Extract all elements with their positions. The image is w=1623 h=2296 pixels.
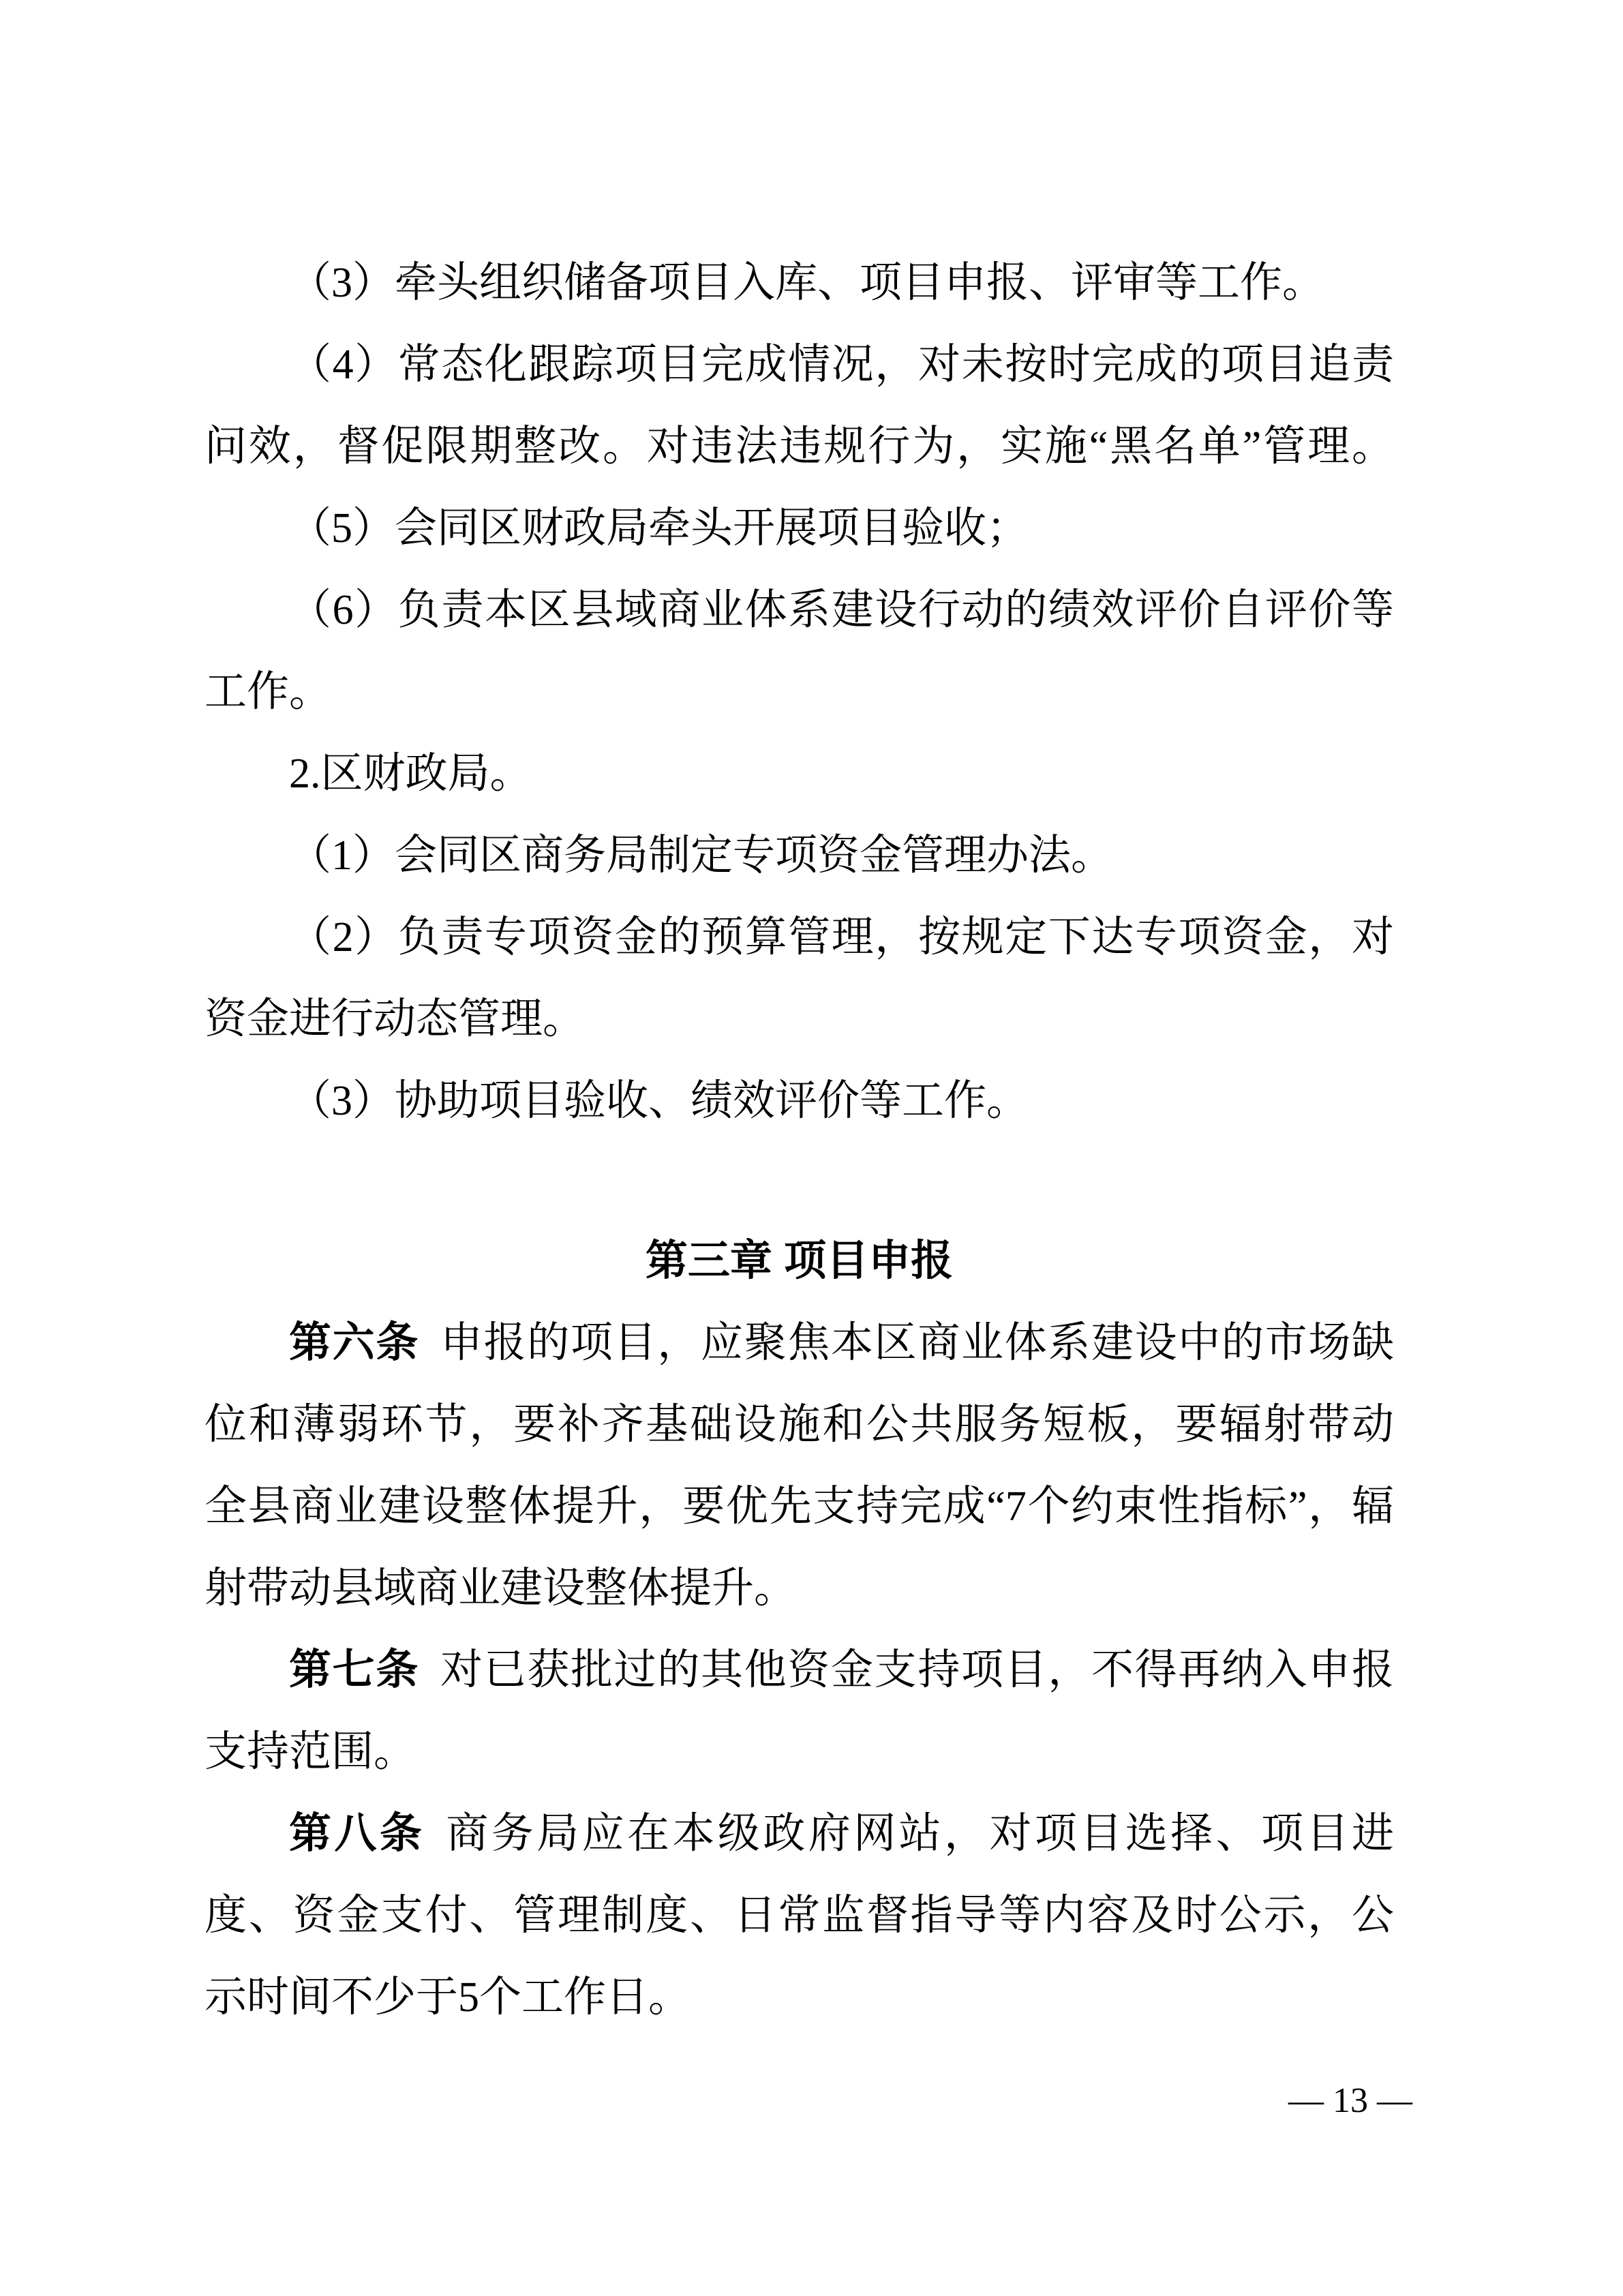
- text-line: （4）常态化跟踪项目完成情况，对未按时完成的项目追责: [204, 324, 1394, 406]
- text-line: （6）负责本区县域商业体系建设行动的绩效评价自评价等: [204, 569, 1394, 651]
- line-text: （1）会同区商务局制定专项资金管理办法。: [289, 832, 1113, 879]
- text-line: 第八条商务局应在本级政府网站，对项目选择、项目进: [204, 1793, 1394, 1875]
- text-line: 射带动县域商业建设整体提升。: [204, 1547, 1394, 1629]
- text-line: （1）会同区商务局制定专项资金管理办法。: [204, 815, 1394, 896]
- chapter-heading: 第三章 项目申报: [204, 1220, 1394, 1302]
- article-number: 第六条: [289, 1320, 419, 1366]
- text-line: 第七条对已获批过的其他资金支持项目，不得再纳入申报: [204, 1629, 1394, 1711]
- text-line: 度、资金支付、管理制度、日常监督指导等内容及时公示，公: [204, 1875, 1394, 1957]
- text-line: （3）协助项目验收、绩效评价等工作。: [204, 1060, 1394, 1142]
- line-text: 射带动县域商业建设整体提升。: [204, 1565, 796, 1612]
- line-text: （2）负责专项资金的预算管理，按规定下达专项资金，对: [289, 914, 1394, 961]
- text-line: 工作。: [204, 651, 1394, 733]
- text-line: 支持范围。: [204, 1711, 1394, 1793]
- line-text: 位和薄弱环节，要补齐基础设施和公共服务短板，要辐射带动: [204, 1402, 1394, 1448]
- document-page: { "page": { "background": "#ffffff", "te…: [0, 0, 1623, 2296]
- text-line: 资金进行动态管理。: [204, 978, 1394, 1060]
- text-line: （2）负责专项资金的预算管理，按规定下达专项资金，对: [204, 896, 1394, 978]
- line-text: 资金进行动态管理。: [204, 996, 585, 1042]
- line-text: （3）牵头组织储备项目入库、项目申报、评审等工作。: [289, 260, 1324, 306]
- line-text: （4）常态化跟踪项目完成情况，对未按时完成的项目追责: [289, 342, 1394, 388]
- article-number: 第七条: [289, 1647, 419, 1693]
- text-line: 2.区财政局。: [204, 733, 1394, 815]
- text-line: 问效，督促限期整改。对违法违规行为，实施“黑名单”管理。: [204, 406, 1394, 487]
- text-line: 位和薄弱环节，要补齐基础设施和公共服务短板，要辐射带动: [204, 1384, 1394, 1466]
- document-body: （3）牵头组织储备项目入库、项目申报、评审等工作。 （4）常态化跟踪项目完成情况…: [204, 242, 1394, 2038]
- line-text: 对已获批过的其他资金支持项目，不得再纳入申报: [440, 1647, 1394, 1693]
- line-text: 度、资金支付、管理制度、日常监督指导等内容及时公示，公: [204, 1892, 1394, 1939]
- text-line: 示时间不少于5个工作日。: [204, 1957, 1394, 2038]
- line-text: 问效，督促限期整改。对违法违规行为，实施“黑名单”管理。: [204, 423, 1394, 470]
- text-line: （5）会同区财政局牵头开展项目验收；: [204, 487, 1394, 569]
- text-line: （3）牵头组织储备项目入库、项目申报、评审等工作。: [204, 242, 1394, 324]
- text-line: 第六条申报的项目，应聚焦本区商业体系建设中的市场缺: [204, 1302, 1394, 1384]
- page-number: — 13 —: [1288, 2074, 1412, 2128]
- line-text: （3）协助项目验收、绩效评价等工作。: [289, 1078, 1029, 1124]
- line-text: 全县商业建设整体提升，要优先支持完成“7个约束性指标”，辐: [204, 1483, 1394, 1530]
- line-text: （6）负责本区县域商业体系建设行动的绩效评价自评价等: [289, 587, 1394, 633]
- line-text: 示时间不少于5个工作日。: [204, 1974, 691, 2021]
- line-text: 支持范围。: [204, 1729, 416, 1775]
- article-number: 第八条: [289, 1811, 425, 1857]
- line-text: 工作。: [204, 669, 331, 715]
- line-text: 申报的项目，应聚焦本区商业体系建设中的市场缺: [440, 1320, 1394, 1366]
- line-text: （5）会同区财政局牵头开展项目验收；: [289, 505, 1029, 552]
- line-text: 商务局应在本级政府网站，对项目选择、项目进: [446, 1811, 1394, 1857]
- line-text: 2.区财政局。: [289, 751, 532, 797]
- text-line: 全县商业建设整体提升，要优先支持完成“7个约束性指标”，辐: [204, 1466, 1394, 1547]
